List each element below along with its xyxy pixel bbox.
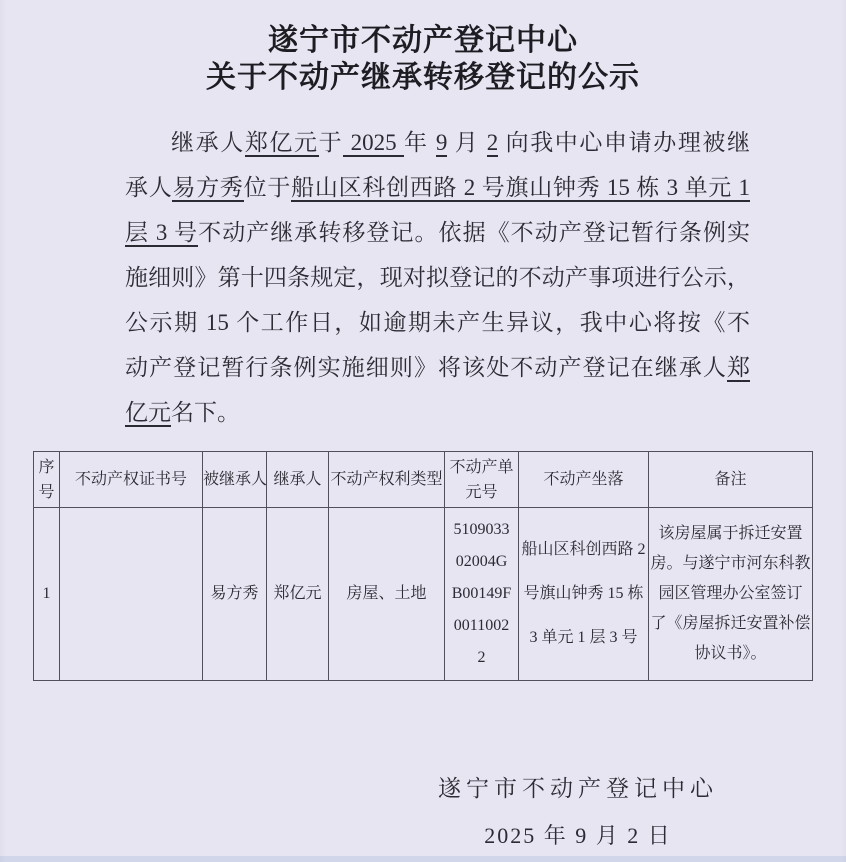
property-registration-table: 序号 不动产权证书号 被继承人 继承人 不动产权利类型 不动产单元号 不动产坐落… xyxy=(33,451,813,681)
header-remark: 备注 xyxy=(649,452,813,508)
underlined-text-segment: 2 xyxy=(487,130,499,157)
header-line: 被继承人 xyxy=(203,467,266,492)
cell-line: 3 单元 1 层 3 号 xyxy=(519,616,648,660)
notice-paragraph: 继承人郑亿元于 2025 年 9 月 2 向我中心申请办理被继承人易方秀位于船山… xyxy=(125,120,750,435)
header-seq: 序号 xyxy=(34,452,60,508)
cell-cert-no xyxy=(60,508,203,681)
text-segment: 承人 xyxy=(125,175,172,200)
header-line: 号 xyxy=(34,480,59,505)
header-line: 序 xyxy=(34,455,59,480)
cell-heir: 郑亿元 xyxy=(267,508,329,681)
header-line: 备注 xyxy=(649,467,812,492)
paragraph-line: 施细则》第十四条规定，现对拟登记的不动产事项进行公示， xyxy=(125,255,750,300)
bottom-scan-artifact xyxy=(0,856,846,862)
paragraph-line: 层 3 号不动产继承转移登记。依据《不动产登记暂行条例实 xyxy=(125,210,750,255)
cell-line: 2 xyxy=(445,642,518,674)
document-page: 遂宁市不动产登记中心 关于不动产继承转移登记的公示 继承人郑亿元于 2025 年… xyxy=(0,0,846,862)
signature-block: 遂宁市不动产登记中心 2025 年 9 月 2 日 xyxy=(368,770,788,850)
cell-line: 船山区科创西路 2 xyxy=(519,528,648,572)
cell-seq: 1 xyxy=(34,508,60,681)
paragraph-line: 承人易方秀位于船山区科创西路 2 号旗山钟秀 15 栋 3 单元 1 xyxy=(125,165,750,210)
cell-line: 1 xyxy=(34,583,59,605)
header-location: 不动产坐落 xyxy=(519,452,649,508)
cell-line: 号旗山钟秀 15 栋 xyxy=(519,572,648,616)
cell-right-type: 房屋、土地 xyxy=(329,508,445,681)
table-header-row: 序号 不动产权证书号 被继承人 继承人 不动产权利类型 不动产单元号 不动产坐落… xyxy=(34,452,813,508)
paragraph-line: 亿元名下。 xyxy=(125,390,750,435)
paragraph-line: 公示期 15 个工作日，如逾期未产生异议，我中心将按《不 xyxy=(125,300,750,345)
document-title-line2: 关于不动产继承转移登记的公示 xyxy=(0,59,846,96)
text-segment: 向我中心申请办理被继 xyxy=(498,130,750,155)
cell-line: 郑亿元 xyxy=(267,583,328,605)
cell-line: 了《房屋拆迁安置补偿 xyxy=(649,609,812,639)
text-segment: 施细则》第十四条规定，现对拟登记的不动产事项进行公示， xyxy=(125,265,750,290)
header-line: 不动产坐落 xyxy=(519,467,648,492)
text-segment: 年 xyxy=(404,130,436,155)
header-line: 不动产单 xyxy=(445,455,518,480)
header-decedent: 被继承人 xyxy=(203,452,267,508)
header-right-type: 不动产权利类型 xyxy=(329,452,445,508)
text-segment: 公示期 15 个工作日，如逾期未产生异议，我中心将按《不 xyxy=(125,310,750,335)
cell-line: 房屋、土地 xyxy=(329,583,444,605)
header-cert-no: 不动产权证书号 xyxy=(60,452,203,508)
issuing-organization: 遂宁市不动产登记中心 xyxy=(368,770,788,803)
cell-line: 房。与遂宁市河东科教 xyxy=(649,549,812,579)
document-title: 遂宁市不动产登记中心 关于不动产继承转移登记的公示 xyxy=(0,0,846,96)
document-title-line1: 遂宁市不动产登记中心 xyxy=(0,22,846,59)
header-line: 不动产权利类型 xyxy=(329,467,444,492)
underlined-text-segment: 郑亿元 xyxy=(245,130,319,157)
underlined-text-segment: 层 3 号 xyxy=(125,220,198,247)
text-segment: 于 xyxy=(319,130,344,155)
cell-line: 该房屋属于拆迁安置 xyxy=(649,519,812,549)
text-segment: 位于 xyxy=(244,175,291,200)
underlined-text-segment: 9 xyxy=(436,130,448,157)
underlined-text-segment: 船山区科创西路 2 号旗山钟秀 15 栋 3 单元 1 xyxy=(291,175,750,202)
cell-line: 园区管理办公室签订 xyxy=(649,579,812,609)
paragraph-line: 动产登记暂行条例实施细则》将该处不动产登记在继承人郑 xyxy=(125,345,750,390)
header-line: 继承人 xyxy=(267,467,328,492)
header-unit-no: 不动产单元号 xyxy=(445,452,519,508)
cell-location: 船山区科创西路 2号旗山钟秀 15 栋3 单元 1 层 3 号 xyxy=(519,508,649,681)
cell-line: 易方秀 xyxy=(203,583,266,605)
table-row: 1 易方秀 郑亿元 房屋、土地 510903302004GB00149F0011… xyxy=(34,508,813,681)
cell-line: 5109033 xyxy=(445,514,518,546)
underlined-text-segment: 亿元 xyxy=(125,400,171,427)
cell-unit-no: 510903302004GB00149F00110022 xyxy=(445,508,519,681)
cell-remark: 该房屋属于拆迁安置房。与遂宁市河东科教园区管理办公室签订了《房屋拆迁安置补偿协议… xyxy=(649,508,813,681)
text-segment: 不动产继承转移登记。依据《不动产登记暂行条例实 xyxy=(198,220,750,245)
underlined-text-segment: 郑 xyxy=(727,355,750,382)
header-heir: 继承人 xyxy=(267,452,329,508)
underlined-text-segment: 易方秀 xyxy=(172,175,243,202)
text-segment: 继承人 xyxy=(171,130,245,155)
text-segment: 名下。 xyxy=(171,400,240,425)
cell-decedent: 易方秀 xyxy=(203,508,267,681)
text-segment: 月 xyxy=(447,130,486,155)
header-line: 元号 xyxy=(445,480,518,505)
underlined-text-segment: 2025 xyxy=(343,130,404,157)
issue-date: 2025 年 9 月 2 日 xyxy=(368,819,788,850)
text-segment: 动产登记暂行条例实施细则》将该处不动产登记在继承人 xyxy=(125,355,727,380)
paragraph-line: 继承人郑亿元于 2025 年 9 月 2 向我中心申请办理被继 xyxy=(125,120,750,165)
cell-line: 0011002 xyxy=(445,610,518,642)
cell-line: 协议书》。 xyxy=(649,639,812,669)
cell-line: B00149F xyxy=(445,578,518,610)
header-line: 不动产权证书号 xyxy=(60,467,202,492)
cell-line: 02004G xyxy=(445,546,518,578)
